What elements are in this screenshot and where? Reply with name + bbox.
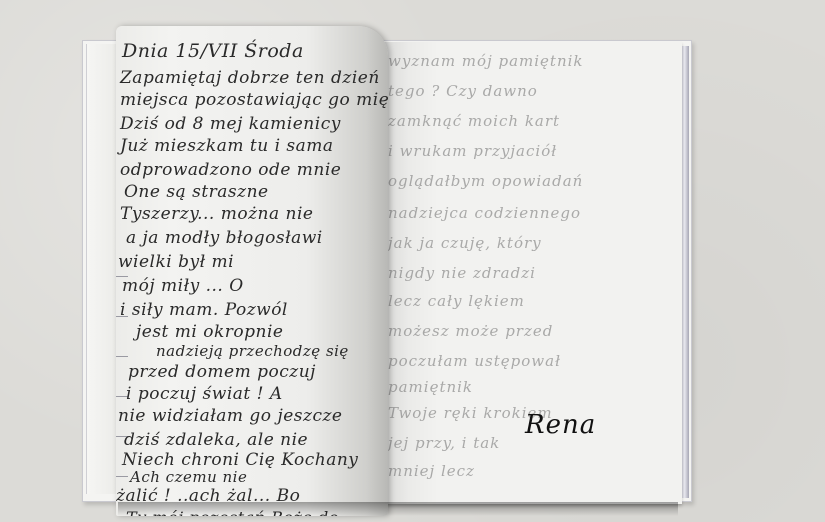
ghost-text-line: mniej lecz xyxy=(388,462,475,480)
page-rule xyxy=(116,476,128,477)
ghost-text-line: tego ? Czy dawno xyxy=(388,82,538,100)
ghost-text-line: wyznam mój pamiętnik xyxy=(388,52,584,70)
handwritten-line: mój miły ... O xyxy=(122,276,244,296)
handwritten-line: Już mieszkam tu i sama xyxy=(120,136,334,156)
ghost-text-line: nadziejca codziennego xyxy=(388,204,581,222)
ghost-text-line: jak ja czuję, który xyxy=(388,234,542,252)
ghost-text-line: zamknąć moich kart xyxy=(388,112,560,130)
handwritten-line: jest mi okropnie xyxy=(136,322,283,342)
handwritten-line: a ja modły błogosławi xyxy=(126,228,323,248)
ghost-text-line: możesz może przed xyxy=(388,322,553,340)
left-handwritten-page: Dnia 15/VII Środa Zapamiętaj dobrze ten … xyxy=(116,26,388,516)
handwritten-line: Ach czemu nie xyxy=(130,468,247,486)
ghost-text-line: poczułam ustępował xyxy=(388,352,561,370)
diary-date-header: Dnia 15/VII Środa xyxy=(122,40,304,62)
ghost-text-line: nigdy nie zdradzi xyxy=(388,264,536,282)
handwritten-line: nadzieją przechodzę się xyxy=(156,342,349,360)
handwritten-line: przed domem poczuj xyxy=(128,362,316,382)
handwritten-line: One są straszne xyxy=(124,182,269,202)
handwritten-line: wielki był mi xyxy=(118,252,234,272)
handwritten-line: i siły mam. Pozwól xyxy=(120,300,288,320)
ghost-text-line: jej przy, i tak xyxy=(388,434,500,452)
handwritten-line: Niech chroni Cię Kochany xyxy=(122,450,358,470)
ghost-text-line: oglądałbym opowiadań xyxy=(388,172,583,190)
handwritten-line: odprowadzono ode mnie xyxy=(120,160,341,180)
handwritten-line: Dziś od 8 mej kamienicy xyxy=(120,114,341,134)
page-rule xyxy=(116,356,128,357)
ghost-text-line: pamiętnik xyxy=(388,378,473,396)
page-shadow xyxy=(118,502,678,516)
handwritten-line: Zapamiętaj dobrze ten dzień xyxy=(120,68,380,88)
handwritten-line: dziś zdaleka, ale nie xyxy=(124,430,308,450)
handwritten-line: miejsca pozostawiając go między xyxy=(120,90,388,110)
signature-rena: Rena xyxy=(525,410,596,440)
ghost-text-line: i wrukam przyjaciół xyxy=(388,142,557,160)
handwritten-line: Tyszerzy... można nie xyxy=(120,204,313,224)
handwritten-line: nie widziałam go jeszcze xyxy=(118,406,343,426)
ghost-text-line: lecz cały lękiem xyxy=(388,292,525,310)
handwritten-line: i poczuj świat ! A xyxy=(126,384,283,404)
